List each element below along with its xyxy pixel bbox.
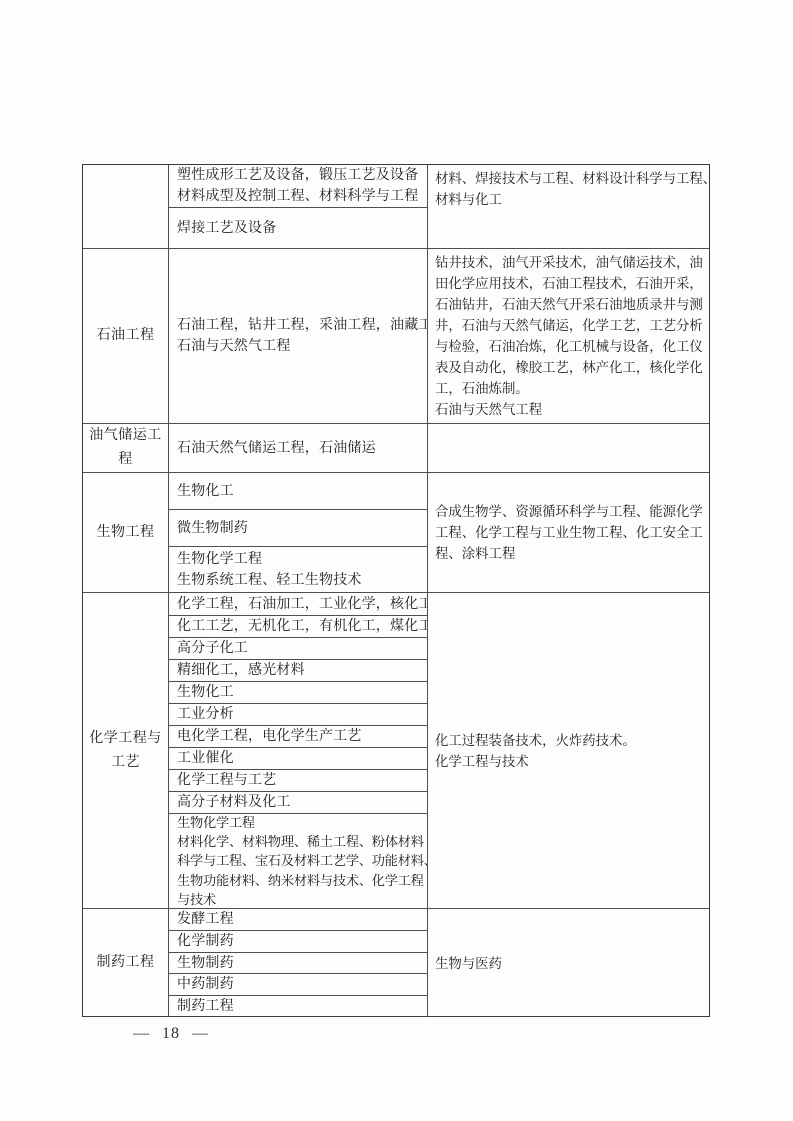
category-cell — [83, 165, 169, 248]
text-line: 电化学工程，电化学生产工艺 — [177, 726, 422, 747]
category-cell: 油气储运工程 — [83, 424, 169, 472]
text-line: 科学与工程、宝石及材料工艺学、功能材料、 — [177, 851, 422, 870]
text-line: 工程、化学工程与工业生物工程、化工安全工 — [435, 522, 705, 543]
text-line: 生物制药 — [177, 953, 422, 974]
text-line: 微生物制药 — [177, 518, 422, 539]
table-row: 制药工程发酵工程化学制药生物制药中药制药制药工程生物与医药 — [83, 908, 709, 1017]
table-row: 油气储运工程石油天然气储运工程，石油储运 — [83, 423, 709, 472]
category-cell: 石油工程 — [83, 249, 169, 423]
major-cell: 石油天然气储运工程，石油储运 — [169, 424, 427, 472]
majors-cell-group: 化学工程，石油加工，工业化学，核化工化工工艺，无机化工，有机化工，煤化工高分子化… — [169, 593, 428, 908]
table-row: 生物工程生物化工微生物制药生物化学工程生物系统工程、轻工生物技术合成生物学、资源… — [83, 472, 709, 592]
text-line: 制药工程 — [177, 996, 422, 1017]
text-line: 化学工程，石油加工，工业化学，核化工 — [177, 594, 422, 615]
related-cell: 生物与医药 — [428, 909, 709, 1017]
text-line: 化学制药 — [177, 931, 422, 952]
majors-cell-group: 发酵工程化学制药生物制药中药制药制药工程 — [169, 909, 428, 1017]
page-number: — 18 — — [133, 1025, 209, 1043]
major-cell: 化学工程与工艺 — [169, 769, 427, 791]
major-cell: 电化学工程，电化学生产工艺 — [169, 725, 427, 747]
majors-table: 塑性成形工艺及设备，锻压工艺及设备材料成型及控制工程、材料科学与工程焊接工艺及设… — [82, 164, 710, 1017]
category-label: 制药工程 — [97, 951, 155, 975]
text-line: 工，石油炼制。 — [435, 378, 705, 399]
text-line: 中药制药 — [177, 974, 422, 995]
text-line: 生物化工 — [177, 682, 422, 703]
text-line: 材料与化工 — [435, 189, 705, 210]
table-row: 化学工程与工艺化学工程，石油加工，工业化学，核化工化工工艺，无机化工，有机化工，… — [83, 592, 709, 908]
major-cell: 高分子材料及化工 — [169, 791, 427, 813]
text-line: 工业分析 — [177, 704, 422, 725]
text-line: 与检验，石油冶炼，化工机械与设备，化工仪 — [435, 336, 705, 357]
major-cell: 生物制药 — [169, 952, 427, 974]
related-cell: 化工过程装备技术，火炸药技术。化学工程与技术 — [428, 593, 709, 908]
major-cell: 化学制药 — [169, 930, 427, 952]
major-cell: 化学工程，石油加工，工业化学，核化工 — [169, 593, 427, 615]
category-label: 石油工程 — [97, 324, 155, 348]
text-line: 高分子化工 — [177, 638, 422, 659]
text-line: 生物系统工程、轻工生物技术 — [177, 570, 422, 591]
major-cell: 工业分析 — [169, 703, 427, 725]
text-line: 材料、焊接技术与工程、材料设计科学与工程、 — [435, 168, 705, 189]
category-cell: 生物工程 — [83, 473, 169, 592]
major-cell: 生物化工 — [169, 681, 427, 703]
category-label: 化学工程与工艺 — [86, 727, 165, 775]
text-line: 石油天然气储运工程，石油储运 — [177, 438, 422, 459]
text-line: 生物功能材料、纳米材料与技术、化学工程 — [177, 871, 422, 890]
major-cell: 高分子化工 — [169, 637, 427, 659]
major-cell: 中药制药 — [169, 973, 427, 995]
text-line: 焊接工艺及设备 — [177, 218, 422, 239]
text-line: 程、涂料工程 — [435, 543, 705, 564]
text-line: 工业催化 — [177, 748, 422, 769]
text-line: 发酵工程 — [177, 909, 422, 930]
text-line: 与技术 — [177, 890, 422, 908]
related-cell — [428, 424, 709, 472]
majors-cell-group: 石油天然气储运工程，石油储运 — [169, 424, 428, 472]
text-line: 高分子材料及化工 — [177, 792, 422, 813]
major-cell: 制药工程 — [169, 995, 427, 1017]
text-line: 材料化学、材料物理、稀土工程、粉体材料 — [177, 832, 422, 851]
major-cell: 工业催化 — [169, 747, 427, 769]
majors-cell-group: 生物化工微生物制药生物化学工程生物系统工程、轻工生物技术 — [169, 473, 428, 592]
major-cell: 生物化学工程生物系统工程、轻工生物技术 — [169, 546, 427, 592]
table-row: 石油工程石油工程，钻井工程，采油工程，油藏工程石油与天然气工程钻井技术，油气开采… — [83, 248, 709, 423]
category-label: 生物工程 — [97, 521, 155, 545]
majors-cell-group: 塑性成形工艺及设备，锻压工艺及设备材料成型及控制工程、材料科学与工程焊接工艺及设… — [169, 165, 428, 248]
text-line: 化工过程装备技术，火炸药技术。 — [435, 730, 705, 751]
text-line: 石油与天然气工程 — [435, 399, 705, 420]
major-cell: 焊接工艺及设备 — [169, 207, 427, 248]
major-cell: 石油工程，钻井工程，采油工程，油藏工程石油与天然气工程 — [169, 249, 427, 423]
text-line: 石油与天然气工程 — [177, 336, 422, 357]
related-cell: 钻井技术，油气开采技术，油气储运技术，油田化学应用技术，石油工程技术，石油开采，… — [428, 249, 709, 423]
related-cell: 材料、焊接技术与工程、材料设计科学与工程、材料与化工 — [428, 165, 709, 248]
text-line: 生物化学工程 — [177, 549, 422, 570]
text-line: 石油工程，钻井工程，采油工程，油藏工程 — [177, 315, 422, 336]
text-line: 材料成型及控制工程、材料科学与工程 — [177, 186, 422, 207]
category-label: 油气储运工程 — [86, 424, 165, 472]
text-line: 井，石油与天然气储运，化学工艺，工艺分析 — [435, 315, 705, 336]
text-line: 生物与医药 — [435, 953, 705, 974]
text-line: 化学工程与技术 — [435, 751, 705, 772]
text-line: 石油钻井，石油天然气开采石油地质录井与测 — [435, 294, 705, 315]
major-cell: 微生物制药 — [169, 509, 427, 546]
related-cell: 合成生物学、资源循环科学与工程、能源化学工程、化学工程与工业生物工程、化工安全工… — [428, 473, 709, 592]
major-cell: 发酵工程 — [169, 909, 427, 930]
category-cell: 化学工程与工艺 — [83, 593, 169, 908]
majors-cell-group: 石油工程，钻井工程，采油工程，油藏工程石油与天然气工程 — [169, 249, 428, 423]
category-cell: 制药工程 — [83, 909, 169, 1017]
scanned-document-page: 塑性成形工艺及设备，锻压工艺及设备材料成型及控制工程、材料科学与工程焊接工艺及设… — [0, 0, 793, 1121]
text-line: 生物化工 — [177, 481, 422, 502]
text-line: 塑性成形工艺及设备，锻压工艺及设备 — [177, 165, 422, 186]
text-line: 表及自动化，橡胶工艺，林产化工，核化学化 — [435, 357, 705, 378]
text-line: 生物化学工程 — [177, 813, 422, 832]
text-line: 化学工程与工艺 — [177, 770, 422, 791]
text-line: 化工工艺，无机化工，有机化工，煤化工 — [177, 616, 422, 637]
table-row: 塑性成形工艺及设备，锻压工艺及设备材料成型及控制工程、材料科学与工程焊接工艺及设… — [83, 165, 709, 248]
text-line: 合成生物学、资源循环科学与工程、能源化学 — [435, 501, 705, 522]
text-line: 田化学应用技术，石油工程技术，石油开采， — [435, 273, 705, 294]
major-cell: 化工工艺，无机化工，有机化工，煤化工 — [169, 615, 427, 637]
major-cell: 生物化学工程材料化学、材料物理、稀土工程、粉体材料科学与工程、宝石及材料工艺学、… — [169, 813, 427, 908]
major-cell: 塑性成形工艺及设备，锻压工艺及设备材料成型及控制工程、材料科学与工程 — [169, 165, 427, 207]
text-line: 精细化工，感光材料 — [177, 660, 422, 681]
major-cell: 精细化工，感光材料 — [169, 659, 427, 681]
major-cell: 生物化工 — [169, 473, 427, 509]
text-line: 钻井技术，油气开采技术，油气储运技术，油 — [435, 252, 705, 273]
